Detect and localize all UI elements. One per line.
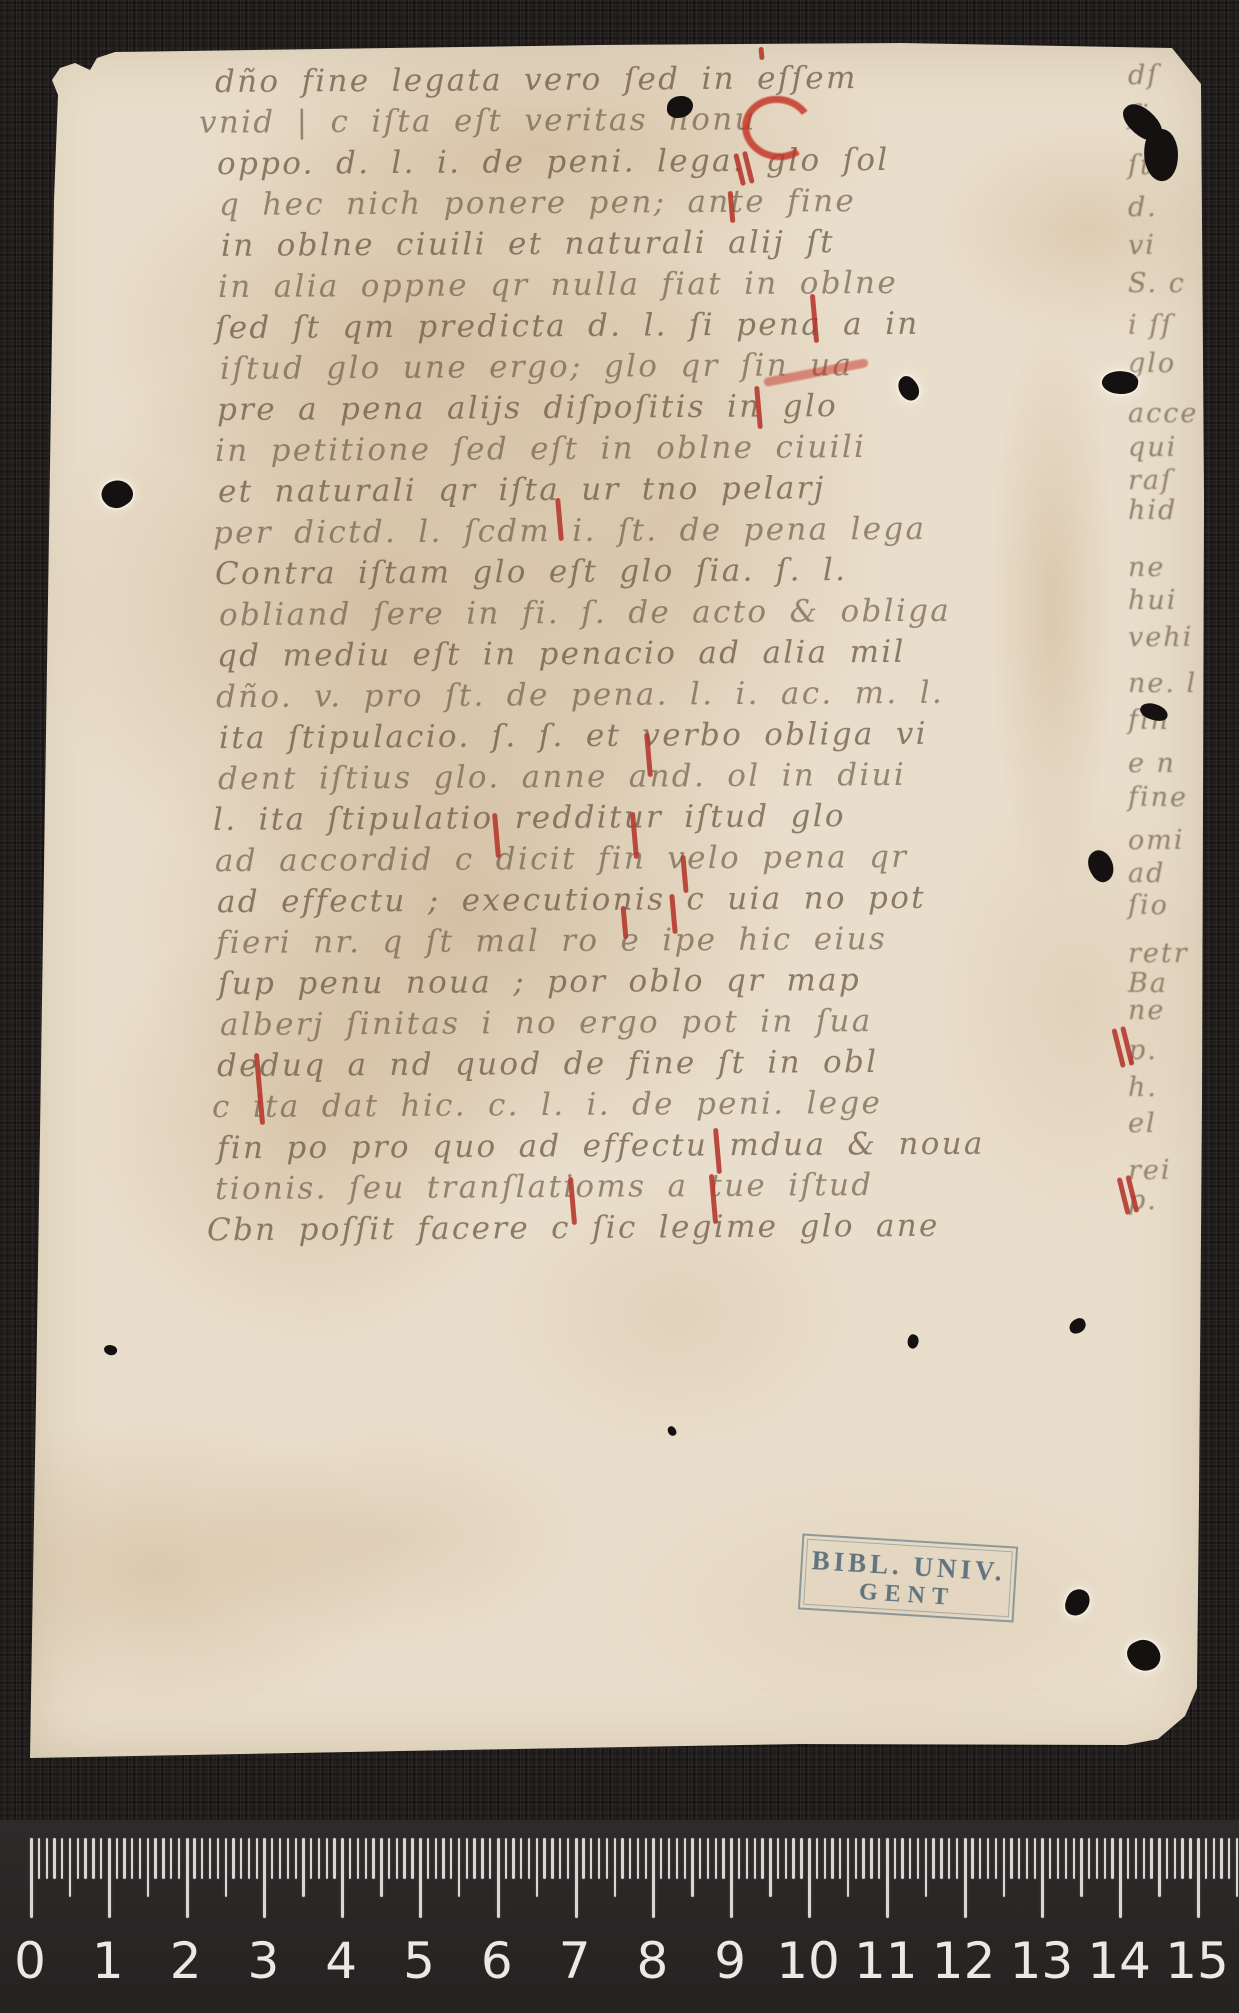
ruler-tick [1236,1838,1239,1897]
ruler-tick [295,1838,297,1879]
ruler-tick [473,1838,475,1879]
ruler-tick [302,1838,305,1897]
ruler-tick [100,1838,102,1879]
ruler-tick [754,1838,756,1879]
ruler-tick [707,1838,709,1879]
margin-fragment: retr [1128,938,1189,969]
ruler-tick [497,1838,500,1918]
ruler-tick [575,1838,578,1918]
ruler-tick [940,1838,942,1879]
ruler-tick [979,1838,981,1879]
ruler-tick [1041,1838,1044,1918]
ruler-tick [800,1838,802,1879]
margin-fragment: hid [1128,495,1177,526]
ruler-tick [730,1838,733,1918]
margin-fragment: ne. l [1128,668,1197,699]
ruler-tick [1003,1838,1006,1897]
ruler-tick [637,1838,639,1879]
manuscript-line: Contra iſtam glo eſt glo ſia. ſ. l. [215,552,847,592]
ruler-number: 8 [636,1932,668,1990]
ruler-tick [1228,1838,1230,1879]
margin-fragment: glo [1128,348,1176,379]
ruler-tick [193,1838,195,1879]
ruler-tick [411,1838,413,1879]
ruler-tick [652,1838,655,1918]
manuscript-line: iſtud glo une ergo; glo qr ſin ua [220,347,853,387]
ruler-tick [746,1838,748,1879]
ruler-tick [691,1838,694,1897]
margin-fragment: fine [1128,782,1188,813]
ruler-tick [170,1838,172,1879]
ruler-tick [116,1838,118,1879]
ruler-number: 1 [92,1932,124,1990]
ruler-tick [1119,1838,1122,1918]
ruler-tick [435,1838,437,1879]
ruler-tick [1174,1838,1176,1879]
ruler-tick [310,1838,312,1879]
manuscript-line: dño. v. pro ſt. de pena. l. i. ac. m. l. [216,675,944,715]
ruler-tick [1158,1838,1161,1897]
ruler-tick [372,1838,374,1879]
margin-fragment: omi [1128,825,1185,856]
manuscript-line: ſup penu noua ; por oblo qr map [218,962,861,1002]
ruler-tick [271,1838,273,1879]
ruler-tick [676,1838,678,1879]
ruler-tick [987,1838,989,1879]
ruler-tick [894,1838,896,1879]
margin-fragment: rei [1128,1155,1172,1186]
ruler-number: 11 [854,1932,918,1990]
margin-fragment: dſ [1128,60,1159,91]
rubric-tick [758,47,764,60]
ruler-tick [450,1838,452,1879]
margin-fragment: ſio [1128,890,1169,921]
manuscript-line: dño fine legata vero ſed in eſſem [215,60,858,100]
ruler-tick [1018,1838,1020,1879]
ruler-tick [1049,1838,1051,1879]
wormhole [905,1333,920,1350]
ruler-tick [769,1838,772,1897]
manuscript-line: deduq a nd quod de fine ſt in obl [217,1044,879,1084]
manuscript-line: q hec nich ponere pen; ante fine [219,183,856,223]
ruler-tick [684,1838,686,1879]
ruler-tick [1166,1838,1168,1879]
ruler-tick [131,1838,133,1879]
ruler-tick [357,1838,359,1879]
margin-fragment: d. [1128,192,1158,223]
ruler-tick [84,1838,86,1879]
ruler-tick [403,1838,405,1879]
margin-fragment: hui [1128,585,1177,616]
ruler-tick [660,1838,662,1879]
ruler-tick [598,1838,600,1879]
manuscript-line: fieri nr. q ſt mal ro e ipe hic eius [216,921,887,961]
ruler-tick [287,1838,289,1879]
margin-fragment: acce [1128,398,1198,429]
ruler-tick [489,1838,491,1879]
ruler-number: 7 [559,1932,591,1990]
ruler-tick [481,1838,483,1879]
ruler-tick [1096,1838,1098,1879]
ruler-tick [792,1838,794,1879]
ruler-tick [862,1838,864,1879]
ruler-tick [108,1838,111,1918]
ruler-tick [668,1838,670,1879]
ruler-tick [123,1838,125,1879]
ruler-number: 4 [325,1932,357,1990]
ruler-tick [419,1838,422,1918]
ruler-tick [380,1838,383,1897]
manuscript-line: tionis. ſeu tranſlatioms a tue iſtud [215,1167,874,1207]
margin-fragment: h. [1128,1072,1158,1103]
ruler-tick [567,1838,569,1879]
ruler-number: 6 [481,1932,513,1990]
ruler-tick [396,1838,398,1879]
ruler-number: 13 [1010,1932,1074,1990]
ruler-tick [645,1838,647,1879]
ruler-tick [971,1838,973,1879]
ruler-tick [1135,1838,1137,1879]
ruler-tick [46,1838,48,1879]
ruler-tick [917,1838,919,1879]
wormhole [1067,1316,1088,1336]
wormhole [97,474,138,514]
ruler-tick [248,1838,250,1879]
manuscript-line: c ita dat hic. c. l. i. de peni. lege [212,1085,882,1125]
ruler-tick [53,1838,55,1879]
ruler-tick [559,1838,561,1879]
ruler-tick [38,1838,40,1879]
ruler-tick [1057,1838,1059,1879]
ruler-tick [1104,1838,1106,1879]
ruler-tick [30,1838,33,1918]
margin-fragment: qui [1128,432,1177,463]
ruler-tick [855,1838,857,1879]
ruler-tick [621,1838,623,1879]
ruler-tick [69,1838,72,1897]
margin-fragment: vi [1128,230,1156,261]
ruler-number: 12 [932,1932,996,1990]
ruler-tick [831,1838,833,1879]
margin-fragment: i ſſ [1128,310,1173,341]
margin-fragment: ad [1128,858,1165,889]
ruler-tick [614,1838,617,1897]
ruler-tick [256,1838,258,1879]
ruler-tick [263,1838,266,1918]
photo-black-cloth-background: { "page": { "offset": {"x": 27, "y": 40}… [0,0,1239,2013]
manuscript-line: per dictd. l. ſcdm i. ſt. de pena lega [213,511,927,551]
wormhole [1082,846,1119,886]
ruler-tick [629,1838,631,1879]
ruler-number: 10 [776,1932,840,1990]
ruler-tick [162,1838,164,1879]
wormhole [1123,1634,1165,1677]
ruler-number: 3 [247,1932,279,1990]
manuscript-line: qd mediu eſt in penacio ad alia mil [217,634,906,674]
ruler-tick [878,1838,880,1879]
manuscript-line: pre a pena alijs diſpoſitis in glo [217,388,838,428]
ruler-tick [816,1838,818,1879]
ruler-tick [61,1838,63,1879]
manuscript-line: dent iſtius glo. anne and. ol in diui [218,757,906,797]
ruler-tick [1073,1838,1075,1879]
ruler-tick [279,1838,281,1879]
ruler-tick [520,1838,522,1879]
ruler-tick [139,1838,141,1879]
ruler-tick [1080,1838,1083,1897]
ruler-tick [1197,1838,1200,1918]
ruler-number: 5 [403,1932,435,1990]
ruler-tick [909,1838,911,1879]
ruler-number: 15 [1165,1932,1229,1990]
ruler-tick [839,1838,841,1879]
ruler-tick [333,1838,335,1879]
ruler-tick [824,1838,826,1879]
ruler-tick [1181,1838,1183,1879]
ruler-tick [964,1838,967,1918]
ruler-tick [225,1838,228,1897]
ruler-tick [217,1838,219,1879]
wormhole [667,1425,678,1437]
ruler-number: 2 [170,1932,202,1990]
manuscript-line: et naturali qr iſta ur tno pelarj [218,470,826,510]
ruler-tick [505,1838,507,1879]
ruler-tick [388,1838,390,1879]
manuscript-line: ad effectu ; executionis c uia no pot [217,880,926,920]
ruler-tick [886,1838,889,1918]
ruler-tick [442,1838,444,1879]
ruler-tick [932,1838,934,1879]
ruler-tick [1111,1838,1113,1879]
manuscript-page: dño fine legata vero ſed in eſſemvnid | … [27,40,1206,1760]
manuscript-line: fin po pro quo ad effectu mdua & noua [217,1126,985,1167]
ruler-tick [1065,1838,1067,1879]
ruler-tick [77,1838,79,1879]
margin-fragment: ne [1128,995,1165,1026]
ruler-tick [1220,1838,1222,1879]
ruler-number: 9 [714,1932,746,1990]
ruler-tick [1088,1838,1090,1879]
ruler-tick [209,1838,211,1879]
ruler-tick [551,1838,553,1879]
ruler-number: 0 [14,1932,46,1990]
ruler-tick [240,1838,242,1879]
ruler-tick [458,1838,461,1897]
ruler-tick [349,1838,351,1879]
manuscript-line: alberj ſinitas i no ergo pot in ſua [220,1003,873,1043]
ruler-tick [582,1838,584,1879]
ruler-tick [761,1838,763,1879]
ruler-tick [870,1838,872,1879]
ruler-tick [1143,1838,1145,1879]
ruler-tick [785,1838,787,1879]
ruler-tick [1010,1838,1012,1879]
ruler-tick [1213,1838,1215,1879]
wormhole [103,1343,119,1357]
ruler-tick [186,1838,189,1918]
ruler-tick [201,1838,203,1879]
manuscript-line: ita ſtipulacio. ſ. ſ. et verbo obliga vi [219,716,928,756]
ruler-tick [536,1838,539,1897]
ruler-tick [995,1838,997,1879]
margin-fragment: e n [1128,748,1176,779]
wormhole [893,373,923,404]
manuscript-line: in alia oppne qr nulla fiat in oblne [218,265,898,305]
ruler-tick [808,1838,811,1918]
manuscript-line: in oblne ciuili et naturali alij ſt [221,224,835,264]
ruler-tick [590,1838,592,1879]
margin-fragment: el [1128,1108,1157,1139]
ruler-tick [147,1838,150,1897]
margin-fragment: vehi [1128,622,1193,653]
ruler-tick [543,1838,545,1879]
ruler-tick [365,1838,367,1879]
ruler-tick [326,1838,328,1879]
margin-fragment: S. c [1128,268,1186,299]
ruler-tick [178,1838,180,1879]
library-stamp: BIBL. UNIV. GENT [798,1533,1018,1622]
ruler-tick [715,1838,717,1879]
ruler-tick [699,1838,701,1879]
ruler-tick [512,1838,514,1879]
ruler-tick [847,1838,850,1897]
manuscript-line: obliand ſere in fi. ſ. de acto & obliga [219,593,951,633]
photo-scale-ruler: 0123456789101112131415 [0,1820,1239,2013]
ruler-tick [318,1838,320,1879]
ruler-tick [1189,1838,1191,1879]
ruler-tick [738,1838,740,1879]
ruler-tick [92,1838,94,1879]
ruler-tick [232,1838,234,1879]
manuscript-line: in petitione ſed eſt in oblne ciuili [215,429,866,469]
ruler-tick [1205,1838,1207,1879]
margin-fragment: raſ [1128,465,1173,496]
ruler-tick [1026,1838,1028,1879]
ruler-tick [606,1838,608,1879]
ruler-tick [1034,1838,1036,1879]
ruler-tick [901,1838,903,1879]
manuscript-line: ad accordid c dicit fin velo pena qr [215,839,909,879]
ruler-number: 14 [1087,1932,1151,1990]
ruler-tick [1150,1838,1152,1879]
ruler-tick [528,1838,530,1879]
ruler-tick [777,1838,779,1879]
ruler-tick [466,1838,468,1879]
ruler-tick [427,1838,429,1879]
ruler-tick [722,1838,724,1879]
ruler-tick [341,1838,344,1918]
manuscript-line: l. ita ſtipulatio redditur iſtud glo [213,798,846,838]
ruler-tick [948,1838,950,1879]
ruler-tick [925,1838,928,1897]
wormhole [1063,1586,1093,1618]
margin-fragment: ne [1128,552,1165,583]
ruler-tick [154,1838,156,1879]
ruler-tick [1127,1838,1129,1879]
ruler-tick [956,1838,958,1879]
